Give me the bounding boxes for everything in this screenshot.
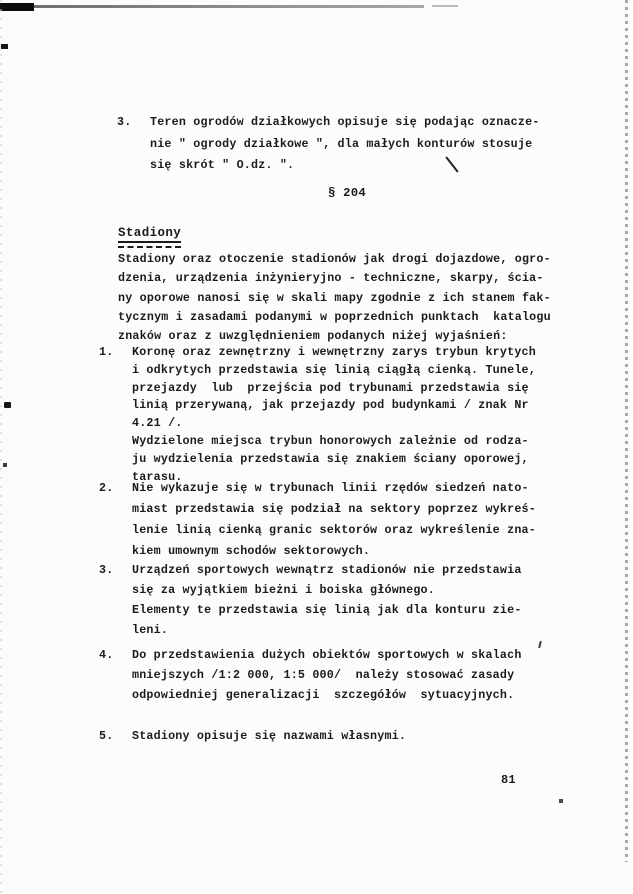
scan-artifact-speck — [559, 799, 563, 803]
scan-artifact-top-line-faint — [432, 5, 458, 7]
item-text: Koronę oraz zewnętrzny i wewnętrzny zary… — [132, 344, 536, 486]
item-number: 5. — [99, 726, 132, 746]
list-item-3: 3. Urządzeń sportowych wewnątrz stadionó… — [99, 560, 522, 640]
item-text: Teren ogrodów działkowych opisuje się po… — [150, 112, 540, 177]
lead-paragraph: Stadiony oraz otoczenie stadionów jak dr… — [118, 250, 551, 346]
list-item-previous-section: 3. Teren ogrodów działkowych opisuje się… — [117, 112, 540, 177]
item-text: Do przedstawienia dużych obiektów sporto… — [132, 645, 522, 705]
item-number: 3. — [99, 560, 132, 580]
section-heading: Stadiony — [118, 226, 181, 243]
scan-artifact-top-bar — [0, 3, 34, 11]
list-item-1: 1. Koronę oraz zewnętrzny i wewnętrzny z… — [99, 344, 536, 486]
scan-artifact-speck — [3, 463, 7, 467]
item-text: Nie wykazuje się w trybunach linii rzędó… — [132, 478, 536, 562]
list-item-2: 2. Nie wykazuje się w trybunach linii rz… — [99, 478, 536, 562]
item-number: 1. — [99, 344, 132, 362]
scanned-document-page: 3. Teren ogrodów działkowych opisuje się… — [0, 0, 633, 894]
list-item-4: 4. Do przedstawienia dużych obiektów spo… — [99, 645, 522, 705]
item-number: 3. — [117, 112, 150, 134]
scan-artifact-speck — [4, 402, 11, 408]
heading-dashed-underline — [118, 246, 181, 248]
page-number: 81 — [501, 773, 516, 787]
item-number: 4. — [99, 645, 132, 665]
item-text: Stadiony opisuje się nazwami własnymi. — [132, 726, 406, 746]
section-number: § 204 — [328, 186, 366, 200]
scan-artifact-left-edge — [0, 0, 2, 894]
handwritten-tick — [538, 641, 542, 648]
item-text: Urządzeń sportowych wewnątrz stadionów n… — [132, 560, 522, 640]
scan-artifact-top-line — [34, 5, 424, 8]
list-item-5: 5. Stadiony opisuje się nazwami własnymi… — [99, 726, 406, 746]
scan-artifact-binding-edge — [625, 0, 628, 862]
scan-artifact-speck — [1, 44, 8, 49]
item-number: 2. — [99, 478, 132, 499]
